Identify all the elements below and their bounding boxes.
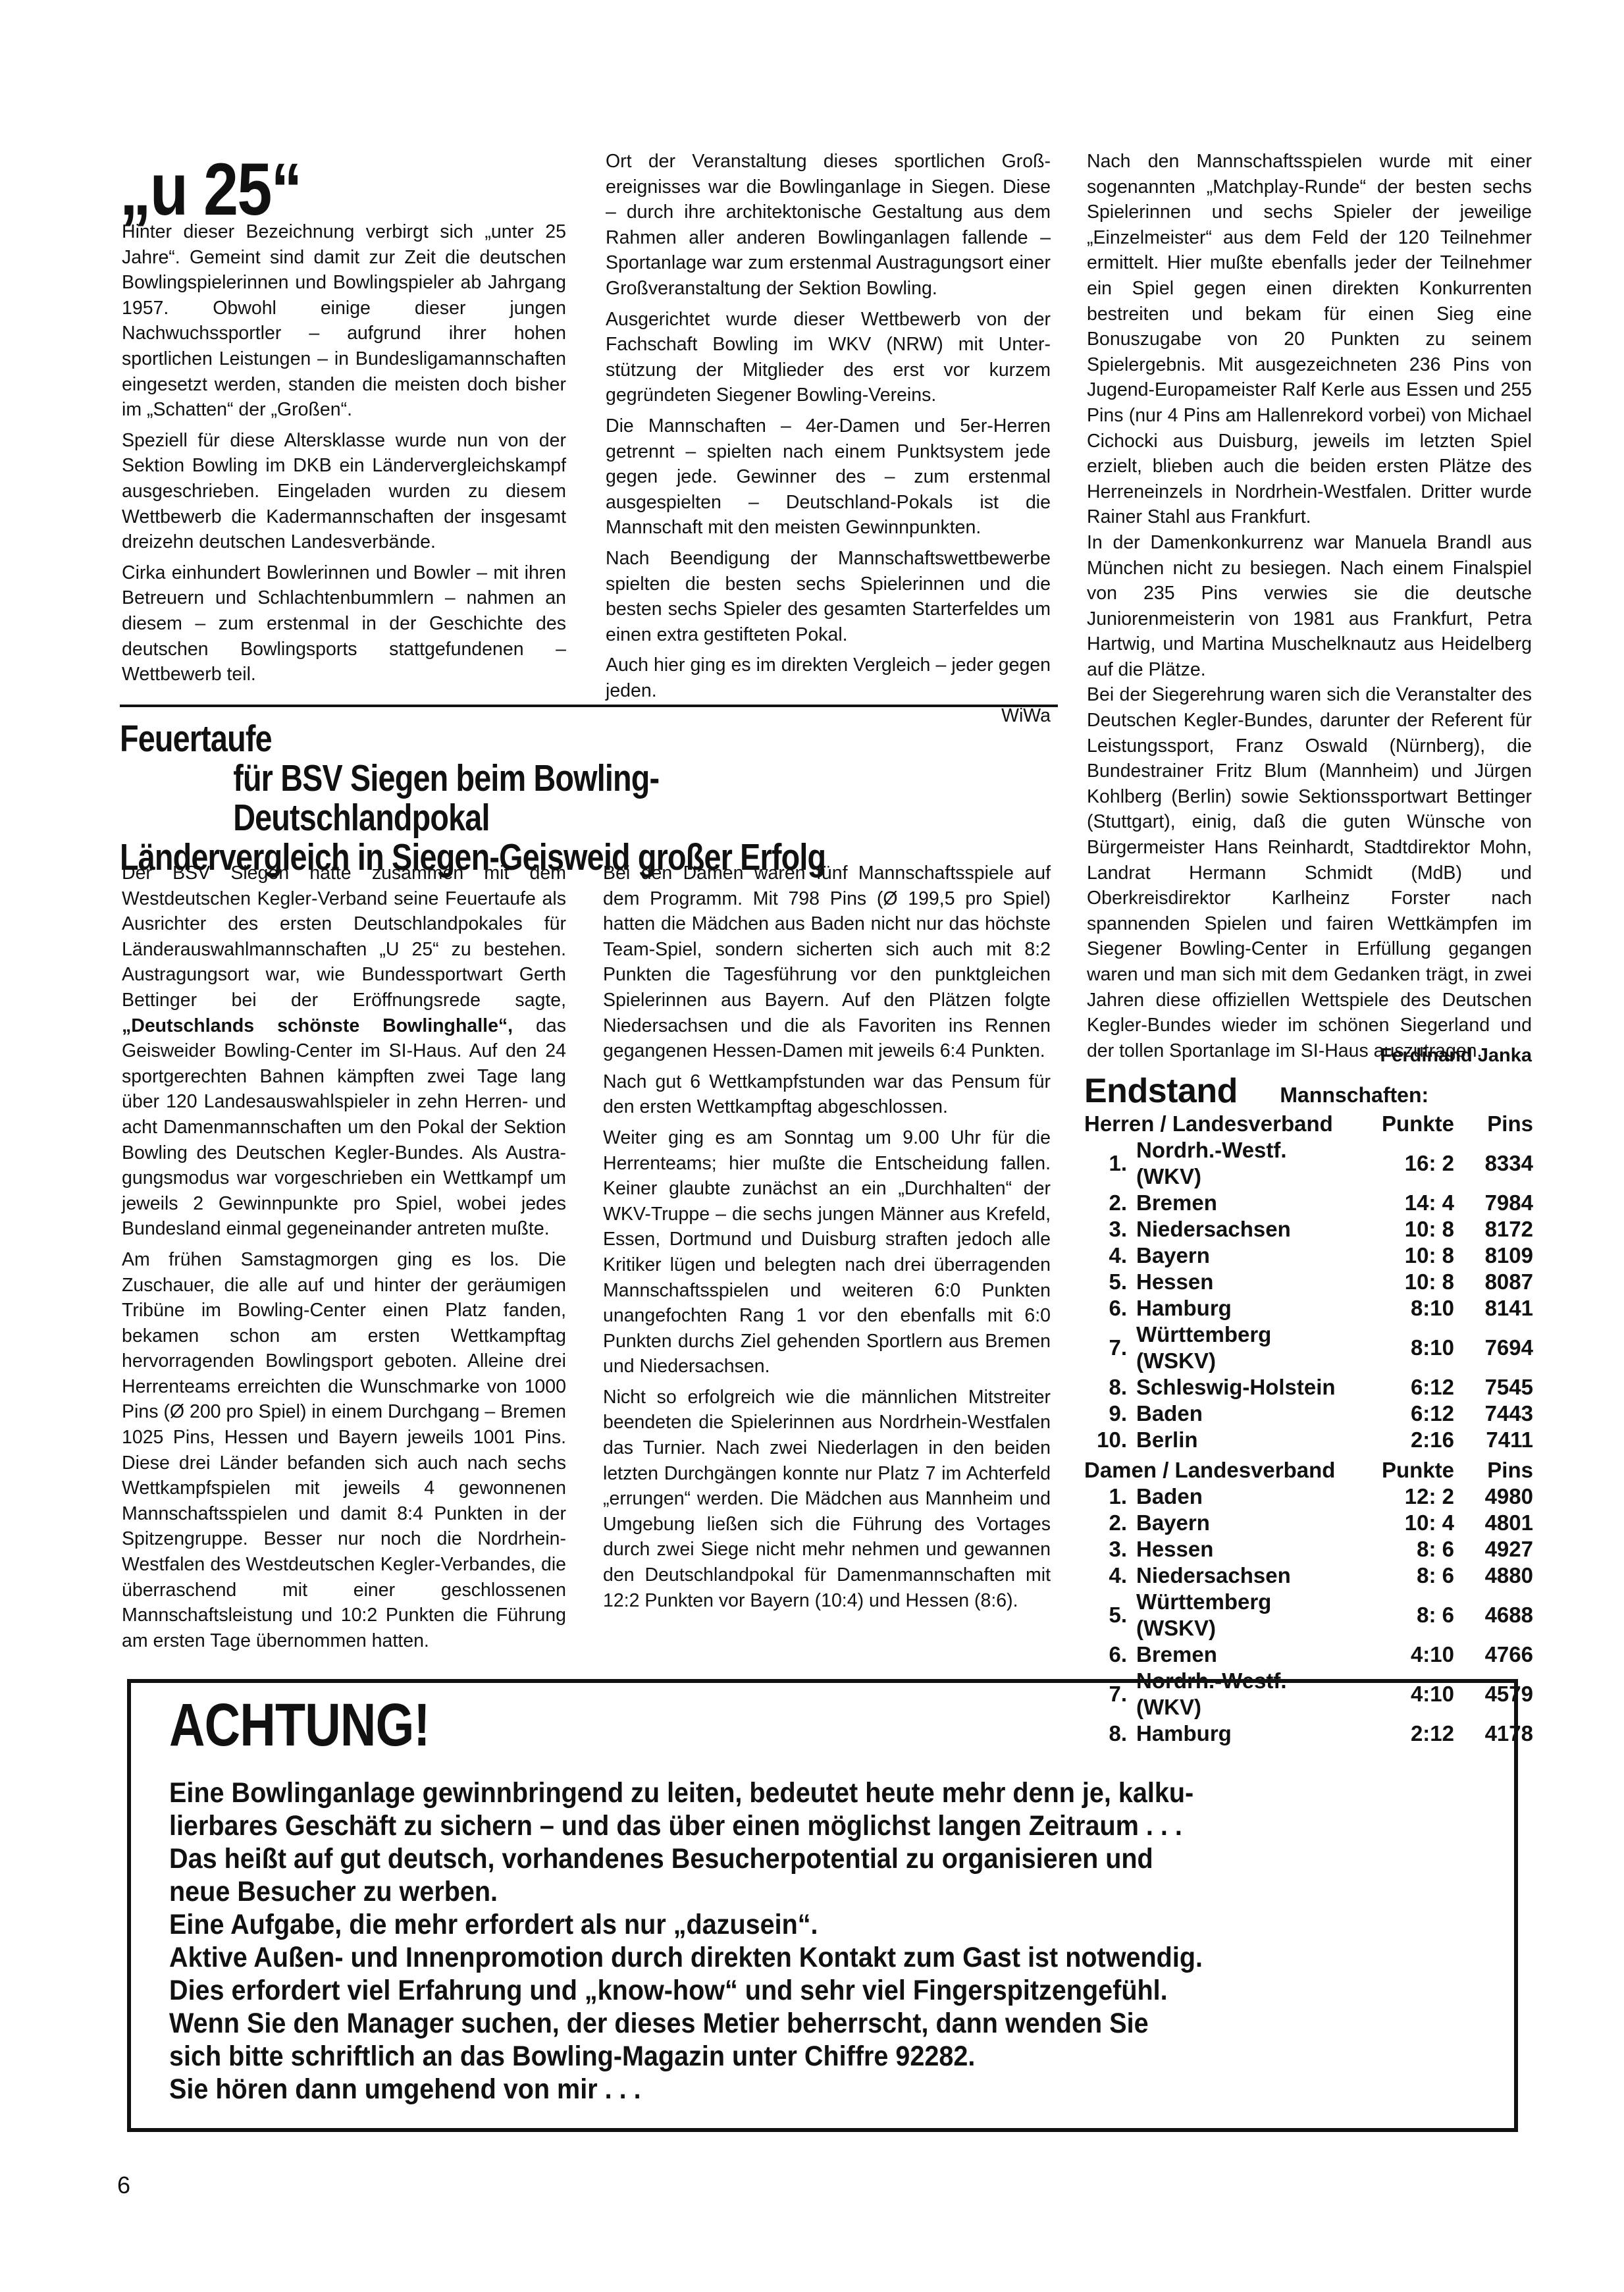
pins: 7694	[1454, 1321, 1533, 1374]
paragraph: Auch hier ging es im direkten Vergleich …	[606, 653, 1051, 703]
table-row: 3.Hessen8: 64927	[1084, 1536, 1533, 1562]
paragraph: Ausgerichtet wurde dieser Wettbewerb von…	[606, 307, 1051, 408]
team: Bremen	[1136, 1641, 1355, 1668]
paragraph: Bei den Damen waren fünf Mannschaftsspie…	[603, 861, 1051, 1064]
table-row: 2.Bremen14: 47984	[1084, 1190, 1533, 1216]
pins: 7984	[1454, 1190, 1533, 1216]
points: 4:10	[1355, 1641, 1454, 1668]
pins: 4880	[1454, 1562, 1533, 1589]
rank: 9.	[1084, 1400, 1136, 1427]
ad-line: neue Besucher zu werben.	[169, 1875, 1370, 1908]
team: Baden	[1136, 1400, 1355, 1427]
table-row: 4.Bayern10: 88109	[1084, 1242, 1533, 1269]
pins: 4766	[1454, 1641, 1533, 1668]
standings-heading: Endstand Mannschaften:	[1084, 1071, 1533, 1111]
ad-line: lierbares Geschäft zu sichern – und das …	[169, 1809, 1370, 1842]
feuertaufe-column-3: Nach den Mannschaftsspielen wurde mit ei…	[1087, 149, 1532, 1063]
advertisement-title: ACHTUNG!	[169, 1692, 1240, 1758]
points: 12: 2	[1355, 1483, 1454, 1510]
points: 8: 6	[1355, 1536, 1454, 1562]
rank: 3.	[1084, 1216, 1136, 1242]
paragraph: Hinter dieser Bezeichnung verbirgt sich …	[122, 219, 566, 423]
team: Schleswig-Holstein	[1136, 1374, 1355, 1400]
paragraph: In der Damenkonkurrenz war Manuela Brand…	[1087, 530, 1532, 683]
u25-column-1: Hinter dieser Bezeichnung verbirgt sich …	[122, 219, 566, 687]
pins: 4688	[1454, 1589, 1533, 1641]
paragraph: Speziell für diese Altersklasse wurde nu…	[122, 428, 566, 555]
paragraph: Nach Beendigung der Mannschaftswettbewer…	[606, 546, 1051, 647]
paragraph: Cirka einhundert Bowlerinnen und Bowler …	[122, 560, 566, 687]
table-row: 6.Bremen4:104766	[1084, 1641, 1533, 1668]
team: Niedersachsen	[1136, 1216, 1355, 1242]
table-row: 2.Bayern10: 44801	[1084, 1510, 1533, 1536]
advertisement-body: Eine Bowlinganlage gewinnbringend zu lei…	[169, 1776, 1475, 2106]
u25-column-2: Ort der Veranstaltung dieses sportlichen…	[606, 149, 1051, 729]
team: Württemberg (WSKV)	[1136, 1589, 1355, 1641]
table-row: 3.Niedersachsen10: 88172	[1084, 1216, 1533, 1242]
table-row: 8.Schleswig-Holstein6:127545	[1084, 1374, 1533, 1400]
text-run: das Geisweider Bowling-Center im SI-Haus…	[122, 1015, 566, 1240]
pins: 7443	[1454, 1400, 1533, 1427]
table-row: 10.Berlin2:167411	[1084, 1427, 1533, 1453]
author-byline: Ferdinand Janka	[1087, 1045, 1532, 1067]
team: Württemberg (WSKV)	[1136, 1321, 1355, 1374]
pins: 8172	[1454, 1216, 1533, 1242]
paragraph: Nach gut 6 Wettkampfstunden war das Pens…	[603, 1069, 1051, 1120]
column-header-pins: Pins	[1454, 1457, 1533, 1483]
headline-line-1: Feuertaufe	[120, 719, 897, 759]
rank: 4.	[1084, 1562, 1136, 1589]
herren-standings-table: Herren / Landesverband Punkte Pins 1.Nor…	[1084, 1111, 1533, 1453]
points: 8:10	[1355, 1321, 1454, 1374]
ad-line: Aktive Außen- und Innenpromotion durch d…	[169, 1941, 1370, 1974]
ad-line: Wenn Sie den Manager suchen, der dieses …	[169, 2007, 1370, 2040]
table-row: 4.Niedersachsen8: 64880	[1084, 1562, 1533, 1589]
column-header-punkte: Punkte	[1355, 1457, 1454, 1483]
team: Hessen	[1136, 1269, 1355, 1295]
points: 16: 2	[1355, 1137, 1454, 1190]
column-header-pins: Pins	[1454, 1111, 1533, 1137]
points: 10: 8	[1355, 1269, 1454, 1295]
ad-line: Eine Aufgabe, die mehr erfordert als nur…	[169, 1908, 1370, 1941]
rank: 1.	[1084, 1483, 1136, 1510]
ad-line: Dies erfordert viel Erfahrung und „know-…	[169, 1974, 1370, 2007]
points: 10: 4	[1355, 1510, 1454, 1536]
quote-emphasis: „Deutschlands schönste Bowlinghalle“,	[122, 1015, 513, 1036]
article-title-u25: „u 25“	[120, 150, 301, 229]
pins: 7411	[1454, 1427, 1533, 1453]
points: 8: 6	[1355, 1589, 1454, 1641]
advertisement-box: ACHTUNG! Eine Bowlinganlage gewinnbringe…	[127, 1679, 1518, 2132]
paragraph: Der BSV Siegen hatte zusammen mit dem We…	[122, 861, 566, 1242]
rank: 4.	[1084, 1242, 1136, 1269]
rank: 1.	[1084, 1137, 1136, 1190]
table-header: Herren / Landesverband Punkte Pins	[1084, 1111, 1533, 1137]
section-divider	[120, 705, 1058, 707]
column-header-team: Damen / Landesverband	[1084, 1457, 1355, 1483]
table-row: 5.Hessen10: 88087	[1084, 1269, 1533, 1295]
points: 14: 4	[1355, 1190, 1454, 1216]
standings-subtitle: Mannschaften:	[1280, 1083, 1428, 1107]
paragraph: Ort der Veranstaltung dieses sportlichen…	[606, 149, 1051, 302]
ad-line: Eine Bowlinganlage gewinnbringend zu lei…	[169, 1776, 1370, 1809]
pins: 8141	[1454, 1295, 1533, 1321]
paragraph: Nach den Mannschaftsspielen wurde mit ei…	[1087, 149, 1532, 530]
feuertaufe-column-1: Der BSV Siegen hatte zusammen mit dem We…	[122, 861, 566, 1653]
ad-line: sich bitte schriftlich an das Bowling-Ma…	[169, 2040, 1370, 2073]
table-row: 7.Württemberg (WSKV)8:107694	[1084, 1321, 1533, 1374]
paragraph: Bei der Siegerehrung waren sich die Vera…	[1087, 682, 1532, 1063]
rank: 6.	[1084, 1641, 1136, 1668]
points: 10: 8	[1355, 1242, 1454, 1269]
standings-section: Endstand Mannschaften: Herren / Landesve…	[1084, 1071, 1533, 1747]
rank: 2.	[1084, 1190, 1136, 1216]
points: 2:16	[1355, 1427, 1454, 1453]
team: Berlin	[1136, 1427, 1355, 1453]
paragraph: Weiter ging es am Sonntag um 9.00 Uhr fü…	[603, 1125, 1051, 1379]
feuertaufe-column-2: Bei den Damen waren fünf Mannschaftsspie…	[603, 861, 1051, 1613]
paragraph: Die Mannschaften – 4er-Damen und 5er-Her…	[606, 413, 1051, 541]
rank: 8.	[1084, 1374, 1136, 1400]
team: Nordrh.-Westf. (WKV)	[1136, 1137, 1355, 1190]
rank: 6.	[1084, 1295, 1136, 1321]
page-number: 6	[117, 2172, 130, 2199]
team: Hamburg	[1136, 1295, 1355, 1321]
standings-title: Endstand	[1084, 1072, 1238, 1110]
column-header-team: Herren / Landesverband	[1084, 1111, 1355, 1137]
table-row: 1.Baden12: 24980	[1084, 1483, 1533, 1510]
feuertaufe-headline: Feuertaufe für BSV Siegen beim Bowling-D…	[120, 719, 1068, 877]
table-header: Damen / Landesverband Punkte Pins	[1084, 1457, 1533, 1483]
team: Baden	[1136, 1483, 1355, 1510]
pins: 4801	[1454, 1510, 1533, 1536]
headline-line-2: für BSV Siegen beim Bowling-Deutschlandp…	[120, 759, 897, 838]
team: Bremen	[1136, 1190, 1355, 1216]
table-row: 5.Württemberg (WSKV)8: 64688	[1084, 1589, 1533, 1641]
rank: 7.	[1084, 1321, 1136, 1374]
rank: 2.	[1084, 1510, 1136, 1536]
team: Hessen	[1136, 1536, 1355, 1562]
rank: 10.	[1084, 1427, 1136, 1453]
paragraph: Nicht so erfolgreich wie die männlichen …	[603, 1385, 1051, 1613]
team: Bayern	[1136, 1242, 1355, 1269]
table-row: 1.Nordrh.-Westf. (WKV)16: 28334	[1084, 1137, 1533, 1190]
column-header-punkte: Punkte	[1355, 1111, 1454, 1137]
ad-line: Das heißt auf gut deutsch, vorhandenes B…	[169, 1842, 1370, 1875]
team: Bayern	[1136, 1510, 1355, 1536]
points: 8: 6	[1355, 1562, 1454, 1589]
rank: 3.	[1084, 1536, 1136, 1562]
table-row: 9.Baden6:127443	[1084, 1400, 1533, 1427]
ad-line: Sie hören dann umgehend von mir . . .	[169, 2073, 1370, 2106]
points: 6:12	[1355, 1400, 1454, 1427]
team: Niedersachsen	[1136, 1562, 1355, 1589]
pins: 8087	[1454, 1269, 1533, 1295]
text-run: Der BSV Siegen hatte zusammen mit dem We…	[122, 863, 566, 1011]
pins: 8334	[1454, 1137, 1533, 1190]
paragraph: Am frühen Samstagmorgen ging es los. Die…	[122, 1247, 566, 1654]
table-row: 6.Hamburg8:108141	[1084, 1295, 1533, 1321]
rank: 5.	[1084, 1269, 1136, 1295]
pins: 8109	[1454, 1242, 1533, 1269]
pins: 7545	[1454, 1374, 1533, 1400]
points: 8:10	[1355, 1295, 1454, 1321]
pins: 4927	[1454, 1536, 1533, 1562]
pins: 4980	[1454, 1483, 1533, 1510]
rank: 5.	[1084, 1589, 1136, 1641]
points: 6:12	[1355, 1374, 1454, 1400]
points: 10: 8	[1355, 1216, 1454, 1242]
